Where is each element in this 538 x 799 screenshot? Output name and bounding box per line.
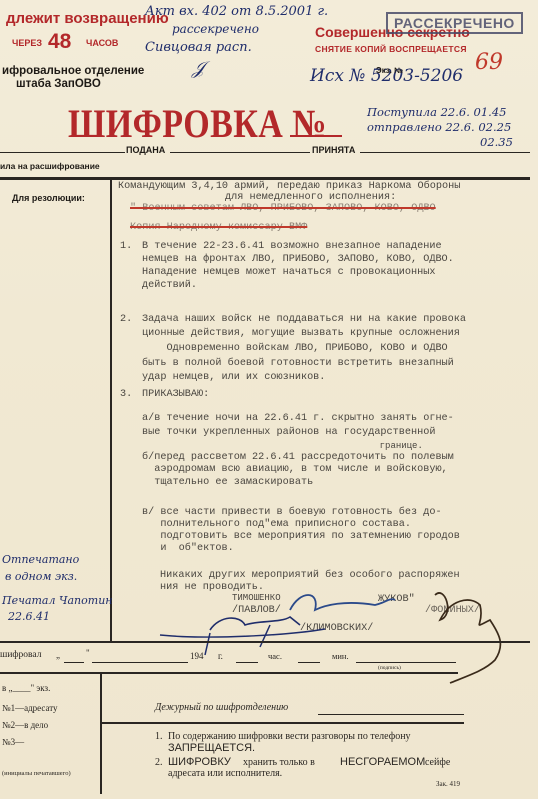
document-title: ШИФРОВКА № bbox=[68, 100, 327, 147]
year-prefix: 194 bbox=[190, 651, 204, 661]
month-field[interactable] bbox=[92, 662, 188, 663]
typed-note-line1: Отпечатано bbox=[2, 553, 79, 566]
rule-1-number: 1. bbox=[155, 731, 163, 742]
year-suffix: г. bbox=[218, 651, 223, 661]
sent-time-extra: 02.35 bbox=[480, 135, 513, 149]
handwritten-declassified-note: рассекречено bbox=[172, 22, 259, 36]
hours-label: час. bbox=[268, 651, 282, 661]
item-line: действий. bbox=[142, 279, 197, 292]
minute-field[interactable] bbox=[298, 662, 320, 663]
duty-officer-label: Дежурный по шифротделению bbox=[155, 702, 288, 713]
typed-note-line4: 22.6.41 bbox=[8, 610, 50, 623]
submitted-label: ПОДАНА bbox=[126, 145, 165, 155]
copy-recipient-3: №3— bbox=[2, 737, 24, 747]
rule-2-end: сейфе bbox=[425, 757, 450, 768]
subitem-line: вые точки укрепленных районов на государ… bbox=[142, 426, 435, 439]
accepted-field[interactable] bbox=[360, 152, 530, 153]
rule-2-mid: хранить только в bbox=[243, 757, 315, 768]
archival-document-page: длежит возвращению через 48 часов ифрова… bbox=[0, 0, 538, 799]
item-line: немцев на фронтах ЛВО, ПРИБОВО, ЗАПОВО, … bbox=[142, 253, 454, 266]
copies-label: в „____" экз. bbox=[2, 683, 50, 693]
return-prefix: через bbox=[12, 38, 42, 48]
encryption-row-divider bbox=[0, 672, 458, 674]
submitted-underline-left bbox=[0, 152, 125, 153]
item-line: Задача наших войск не поддаваться ни на … bbox=[142, 313, 466, 326]
quote-open: „ bbox=[56, 650, 60, 660]
order-heading: ПРИКАЗЫВАЮ: bbox=[142, 388, 209, 401]
handwritten-archive-note: Акт вх. 402 от 8.5.2001 г. bbox=[145, 4, 328, 19]
typist-initials-caption: (инициалы печатавшего) bbox=[2, 770, 71, 777]
item-line: В течение 22-23.6.41 возможно внезапное … bbox=[142, 240, 442, 253]
page-number: 69 bbox=[475, 50, 503, 75]
resolution-label: Для резолюции: bbox=[12, 193, 85, 203]
copy-prohibited-notice: СНЯТИЕ КОПИЙ ВОСПРЕЩАЕТСЯ bbox=[315, 44, 467, 54]
rule-2-emphasis: НЕСГОРАЕМОМ bbox=[340, 756, 425, 768]
title-number-underline bbox=[290, 135, 342, 137]
item-line: быть в полной боевой готовности встретит… bbox=[142, 357, 454, 370]
accepted-label: ПРИНЯТА bbox=[312, 145, 355, 155]
rule-1-text: По содержанию шифровки вести разговоры п… bbox=[168, 731, 411, 742]
item-number: 2. bbox=[120, 313, 132, 326]
handwritten-signatures bbox=[150, 585, 538, 695]
subitem-line: а/в течение ночи на 22.6.41 г. скрытно з… bbox=[142, 412, 454, 425]
item-line: удар немцев, или их союзников. bbox=[142, 371, 325, 384]
copy-recipient-1: №1—адресату bbox=[2, 703, 58, 713]
department-line1: ифровальное отделение bbox=[2, 65, 144, 77]
copy-recipient-2: №2—в дело bbox=[2, 720, 48, 730]
rule-2-line2: адресата или исполнителя. bbox=[168, 768, 282, 779]
department-line2: штаба ЗапОВО bbox=[16, 78, 101, 90]
handwritten-signature-note: Сивцовая расп. bbox=[145, 40, 252, 55]
encrypted-label: шифровал bbox=[0, 650, 41, 660]
struck-line-navy-copy: Копия Народному комиссару ВМФ bbox=[130, 221, 307, 234]
struck-line-military-councils: " Военным советам ЛВО, ПРИБОВО, ЗАПОВО, … bbox=[130, 202, 436, 215]
submitted-field[interactable] bbox=[170, 152, 310, 153]
signature-field[interactable] bbox=[356, 662, 456, 663]
received-time: Поступила 22.6. 01.45 bbox=[367, 105, 506, 119]
handwritten-initials: 𝒥 bbox=[192, 58, 204, 79]
rule-2-number: 2. bbox=[155, 757, 163, 768]
body-bottom-divider bbox=[0, 641, 530, 643]
subitem-line: тщательно ее замаскировать bbox=[142, 476, 313, 489]
return-suffix: часов bbox=[86, 38, 118, 48]
hour-field[interactable] bbox=[236, 662, 258, 663]
copy-number-label: Экз. № bbox=[376, 66, 403, 75]
typed-note-line2: в одном экз. bbox=[5, 570, 77, 583]
minutes-label: мин. bbox=[332, 651, 349, 661]
item-line: Одновременно войскам ЛВО, ПРИБОВО, КОВО … bbox=[142, 342, 448, 355]
rule-1-emphasis: ЗАПРЕЩАЕТСЯ. bbox=[168, 742, 255, 754]
declassified-stamp: РАССЕКРЕЧЕНО bbox=[386, 12, 523, 34]
subitem-line: аэродромам всю авиацию, в том числе и во… bbox=[142, 463, 448, 476]
copies-column-divider bbox=[100, 674, 102, 794]
typed-note-line3: Печатал Чапотин bbox=[2, 594, 113, 607]
duty-officer-field[interactable] bbox=[318, 714, 464, 715]
subitem-line: и об"ектов. bbox=[142, 542, 234, 555]
order-number: Зак. 419 bbox=[436, 780, 460, 788]
sent-time: отправлено 22.6. 02.25 bbox=[367, 120, 511, 134]
day-field[interactable] bbox=[64, 662, 84, 663]
resolution-column-divider bbox=[110, 180, 112, 642]
rule-2-start: ШИФРОВКУ bbox=[168, 756, 231, 768]
item-number: 3. bbox=[120, 388, 132, 401]
signature-caption: (подпись) bbox=[378, 665, 401, 671]
decryption-label: ила на расшифрование bbox=[0, 161, 100, 171]
item-line: Нападение немцев может начаться с провок… bbox=[142, 266, 435, 279]
item-number: 1. bbox=[120, 240, 132, 253]
return-hours: 48 bbox=[48, 30, 71, 54]
item-line: ционные действия, могущие вызвать крупны… bbox=[142, 327, 460, 340]
quote-close: " bbox=[86, 648, 90, 658]
duty-officer-divider bbox=[102, 722, 464, 724]
